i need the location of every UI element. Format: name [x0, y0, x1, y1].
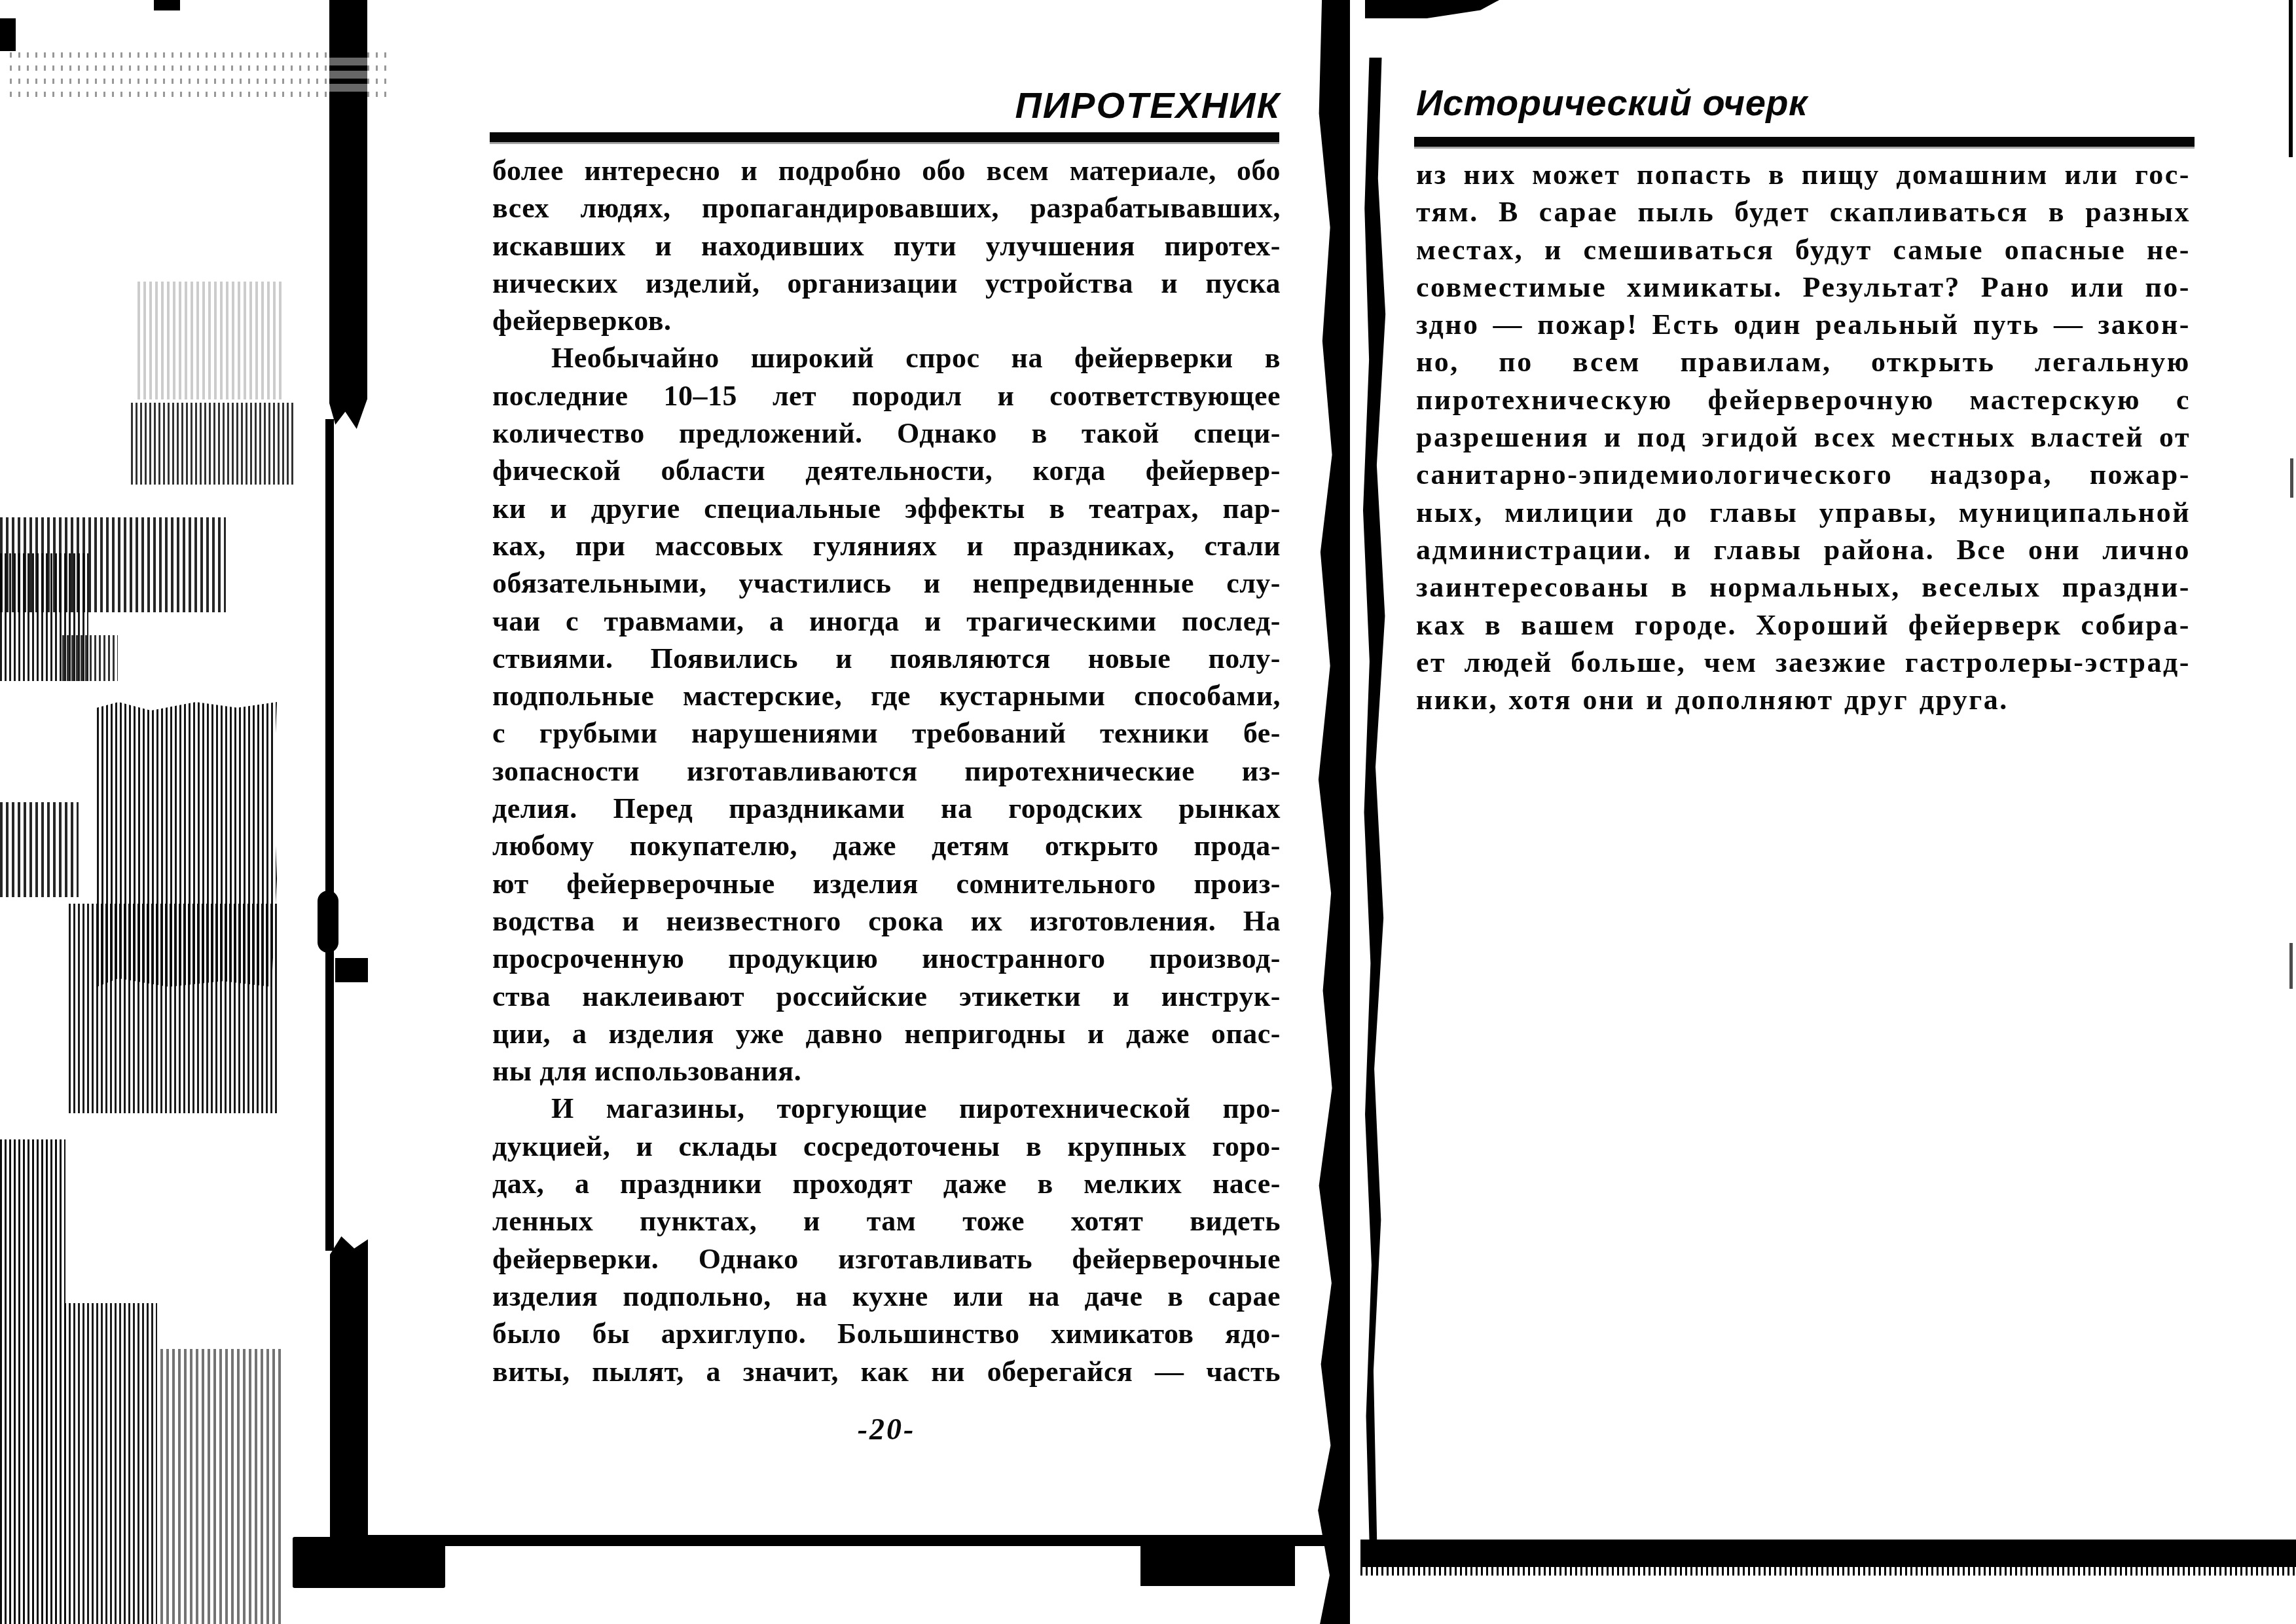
text-line: любому покупателю, даже детям открыто пр… — [492, 827, 1281, 864]
text-line: фической области деятельности, когда фей… — [492, 452, 1281, 489]
right-page-text: из них может попасть в пищу домашним или… — [1416, 156, 2191, 718]
scan-noise — [131, 403, 295, 485]
text-line: администрации. и главы района. Все они л… — [1416, 531, 2191, 568]
text-line: виты, пылят, а значит, как ни оберегайся… — [492, 1353, 1281, 1390]
scan-artifact — [293, 1537, 445, 1588]
text-line: обязательными, участились и непредвиденн… — [492, 564, 1281, 602]
scan-artifact — [335, 958, 368, 982]
text-line: Необычайно широкий спрос на фейерверки в — [492, 339, 1281, 377]
text-line: заинтересованы в нормальных, веселых пра… — [1416, 568, 2191, 606]
text-line: пиротехническую фейерверочную мастерскую… — [1416, 381, 2191, 418]
scan-noise — [62, 635, 118, 681]
text-line: фейерверки. Однако изготавливать фейерве… — [492, 1240, 1281, 1278]
scan-noise — [10, 52, 386, 97]
scan-artifact — [0, 18, 16, 51]
page-number: -20- — [492, 1412, 1281, 1447]
scan-noise — [160, 1349, 283, 1624]
scan-artifact — [330, 1236, 368, 1539]
scan-noise — [0, 1139, 65, 1624]
right-header-rule — [1414, 137, 2195, 147]
text-line: ции, а изделия уже давно непригодны и да… — [492, 1015, 1281, 1052]
text-line: но, по всем правилам, открыть легальную — [1416, 343, 2191, 380]
left-running-head: ПИРОТЕХНИК — [492, 84, 1281, 126]
text-line: дах, а праздники проходят даже в мелких … — [492, 1165, 1281, 1202]
text-line: делия. Перед праздниками на городских ры… — [492, 790, 1281, 827]
text-line: тям. В сарае пыль будет скапливаться в р… — [1416, 193, 2191, 231]
text-line: ных, милиции до главы управы, муниципаль… — [1416, 494, 2191, 531]
scan-noise — [69, 904, 277, 1113]
text-line: ках в вашем городе. Хороший фейерверк со… — [1416, 606, 2191, 644]
text-line: зопасности изготавливаются пиротехническ… — [492, 752, 1281, 790]
text-line: ны для использования. — [492, 1052, 1281, 1090]
text-line: ленных пунктах, и там тоже хотят видеть — [492, 1202, 1281, 1240]
scan-noise — [137, 282, 282, 399]
text-line: ет людей больше, чем заезжие гастролеры-… — [1416, 644, 2191, 681]
scanned-book-spread: ПИРОТЕХНИК более интересно и подробно об… — [0, 0, 2296, 1624]
text-line: более интересно и подробно обо всем мате… — [492, 152, 1281, 189]
left-header-rule — [490, 132, 1279, 142]
text-line: дукцией, и склады сосредоточены в крупны… — [492, 1128, 1281, 1165]
scan-artifact — [1360, 1540, 2296, 1567]
scan-artifact — [154, 0, 180, 10]
text-line: ки и другие специальные эффекты в театра… — [492, 490, 1281, 527]
text-line: из них может попасть в пищу домашним или… — [1416, 156, 2191, 193]
scan-artifact — [325, 419, 334, 1251]
scan-artifact — [1365, 0, 1499, 18]
text-line: количество предложений. Однако в такой с… — [492, 415, 1281, 452]
text-line: здно — пожар! Есть один реальный путь — … — [1416, 306, 2191, 343]
text-line: местах, и смешиваться будут самые опасны… — [1416, 231, 2191, 268]
text-line: последние 10–15 лет породил и соответств… — [492, 377, 1281, 415]
left-page-text: более интересно и подробно обо всем мате… — [492, 152, 1281, 1390]
scan-noise — [64, 1303, 157, 1624]
text-line: ства наклеивают российские этикетки и ин… — [492, 978, 1281, 1015]
text-line: совместимые химикаты. Результат? Рано ил… — [1416, 268, 2191, 306]
text-line: ют фейерверочные изделия сомнительного п… — [492, 865, 1281, 902]
scan-artifact — [1140, 1537, 1295, 1586]
text-line: было бы архиглупо. Большинство химикатов… — [492, 1315, 1281, 1352]
scan-artifact — [2289, 943, 2293, 989]
text-line: санитарно-эпидемиологического надзора, п… — [1416, 456, 2191, 493]
scan-artifact — [2289, 0, 2293, 157]
text-line: подпольные мастерские, где кустарными сп… — [492, 677, 1281, 714]
scan-artifact — [1302, 0, 1350, 1624]
scan-noise — [0, 802, 79, 897]
right-running-head: Исторический очерк — [1416, 81, 1808, 124]
text-line: водства и неизвестного срока их изготовл… — [492, 902, 1281, 940]
text-line: фейерверков. — [492, 302, 1281, 339]
text-line: всех людях, пропагандировавших, разрабат… — [492, 189, 1281, 227]
text-line: разрешения и под эгидой всех местных вла… — [1416, 418, 2191, 456]
text-line: ках, при массовых гуляниях и праздниках,… — [492, 527, 1281, 564]
text-line: чаи с травмами, а иногда и трагическими … — [492, 602, 1281, 640]
text-line: искавших и находивших пути улучшения пир… — [492, 227, 1281, 265]
text-line: И магазины, торгующие пиротехнической пр… — [492, 1090, 1281, 1127]
scan-artifact — [1363, 58, 1388, 1567]
text-line: изделия подпольно, на кухне или на даче … — [492, 1278, 1281, 1315]
text-line: нических изделий, организации устройства… — [492, 265, 1281, 302]
scan-artifact — [318, 891, 338, 953]
text-line: ники, хотя они и дополняют друг друга. — [1416, 681, 2191, 718]
text-line: с грубыми нарушениями требований техники… — [492, 714, 1281, 752]
text-line: просроченную продукцию иностранного прои… — [492, 940, 1281, 977]
text-line: ствиями. Появились и появляются новые по… — [492, 640, 1281, 677]
scan-artifact — [2290, 458, 2293, 498]
